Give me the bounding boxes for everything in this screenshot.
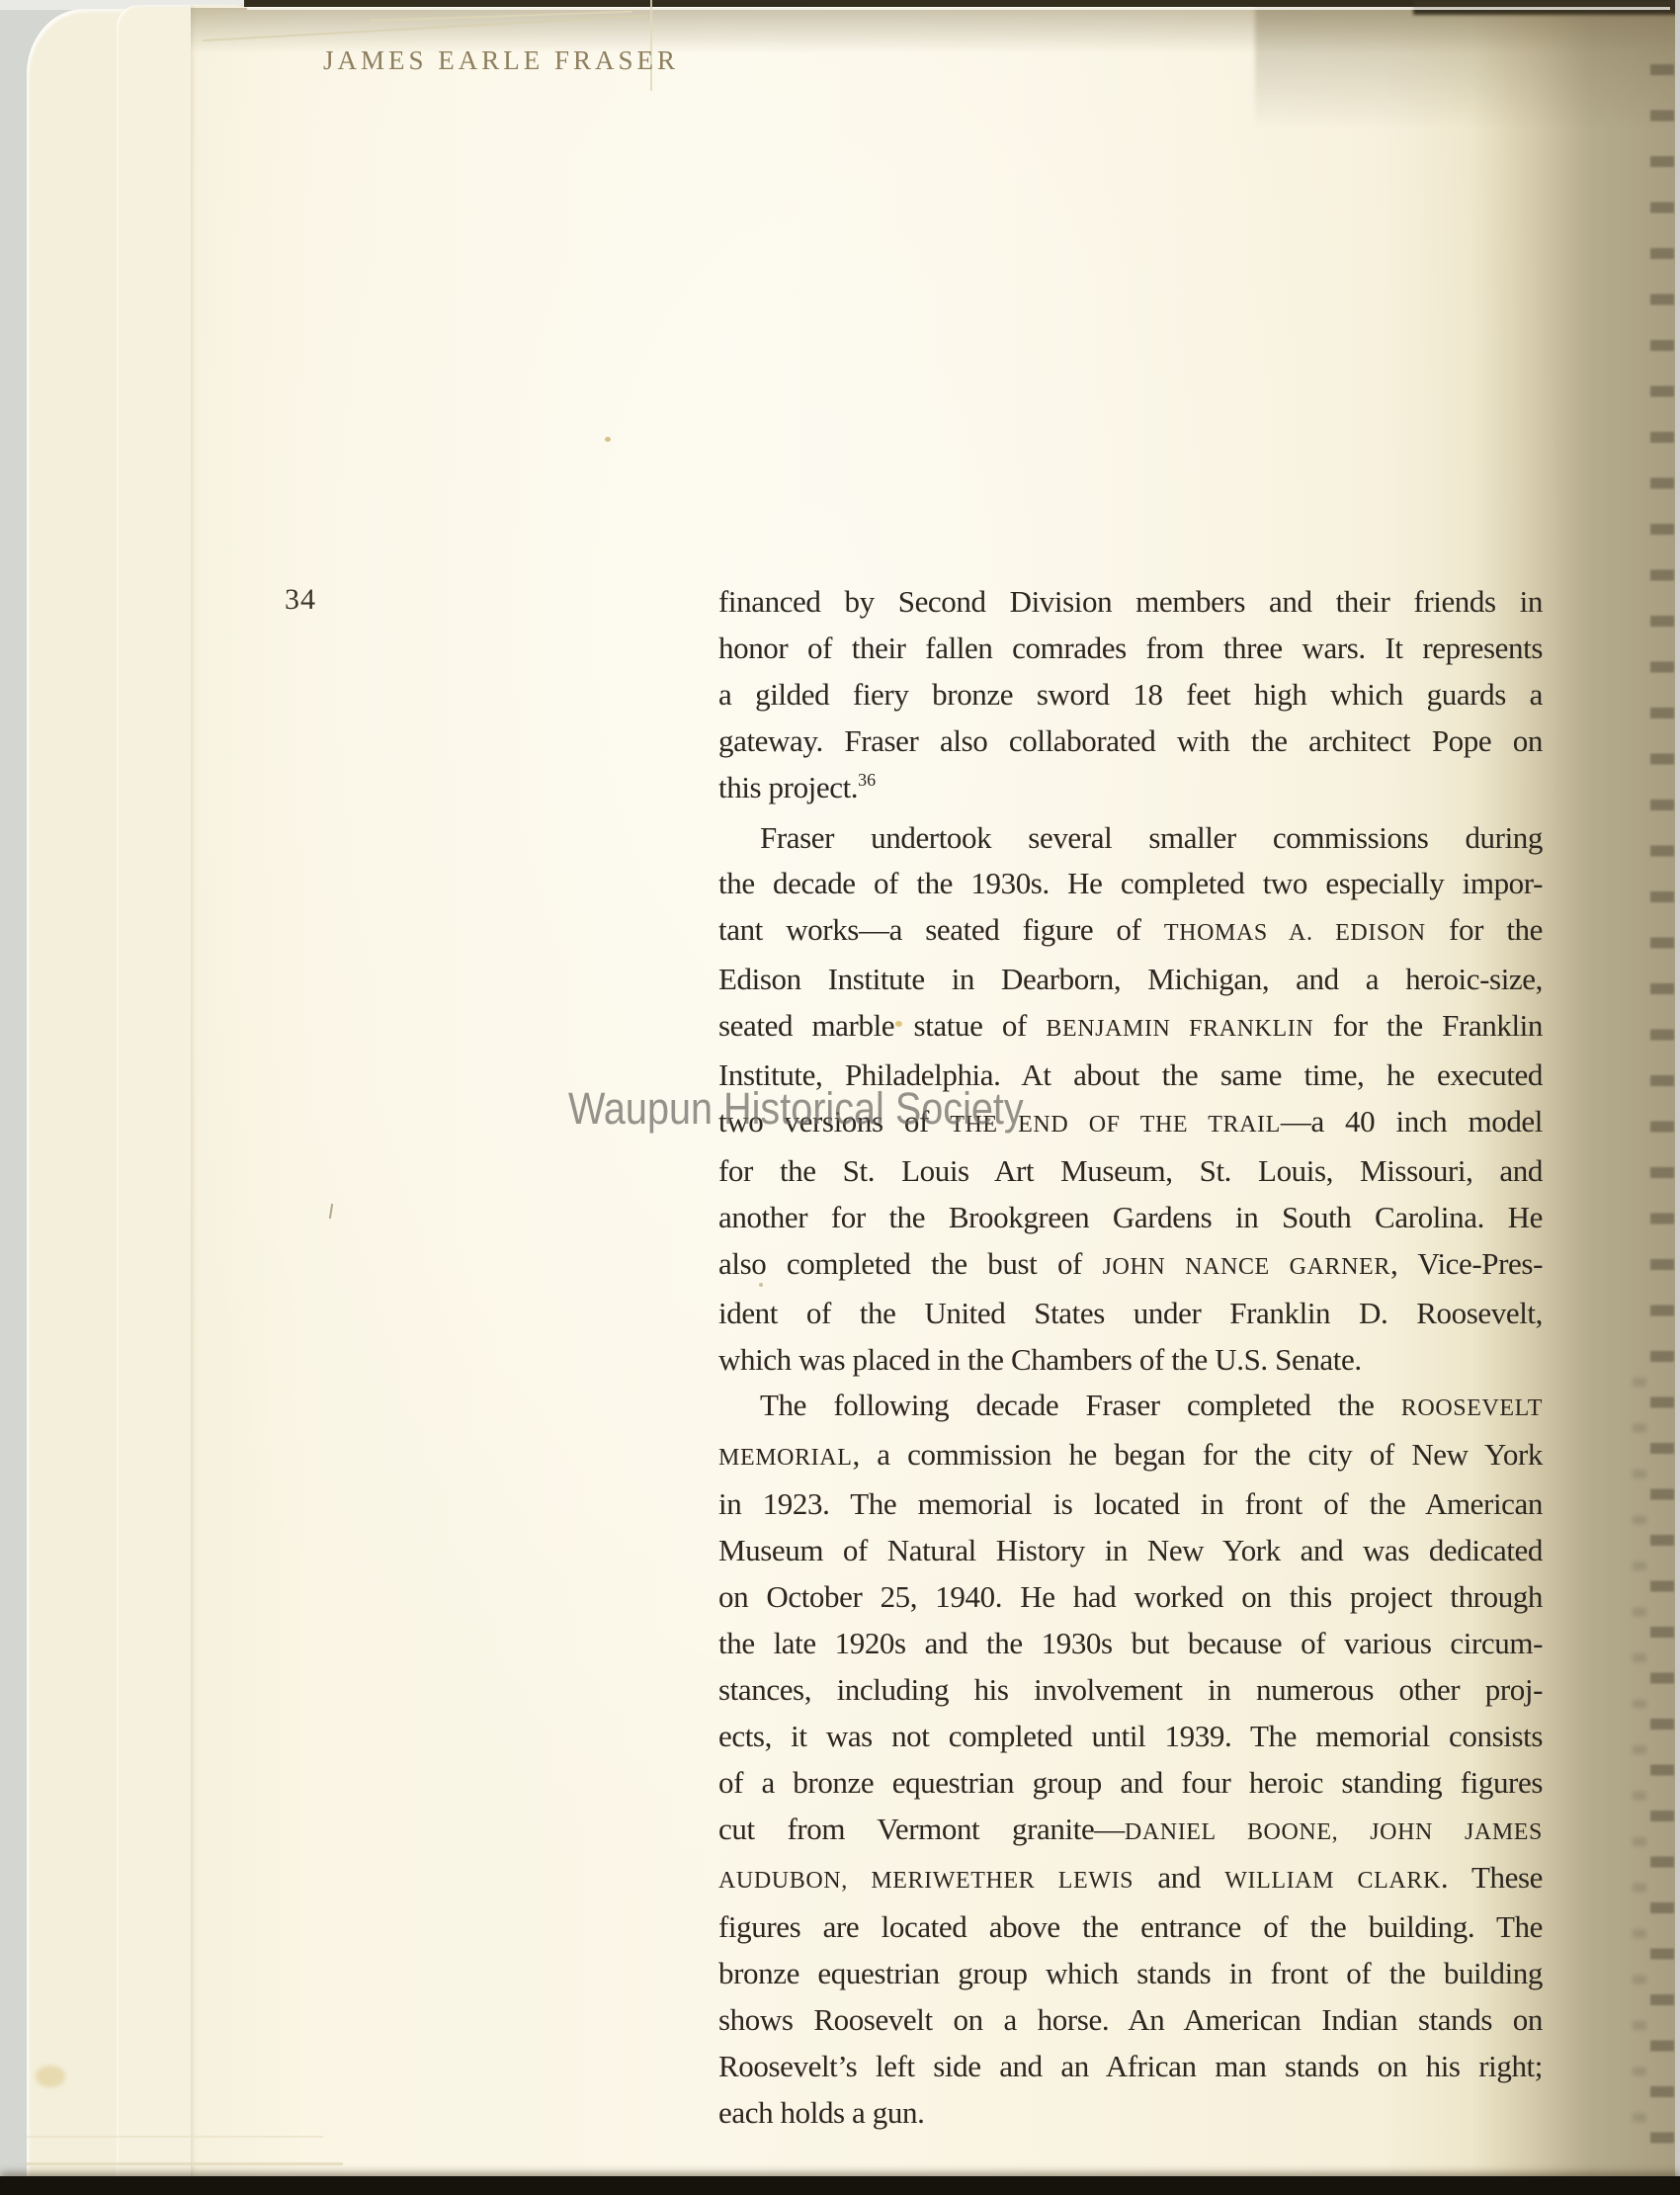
body-text: financed by Second Division members and … bbox=[718, 579, 1543, 2137]
page-number: 34 bbox=[285, 583, 316, 617]
body-line: Fraser undertook several smaller commiss… bbox=[718, 815, 1543, 862]
body-line: honor of their fallen comrades from thre… bbox=[718, 626, 1543, 672]
body-line: MEMORIAL, a commission he began for the … bbox=[718, 1432, 1543, 1481]
scanner-right-edge bbox=[1675, 0, 1680, 2195]
body-line: AUDUBON, MERIWETHER LEWIS and WILLIAM CL… bbox=[718, 1855, 1543, 1904]
running-header: JAMES EARLE FRASER bbox=[323, 45, 679, 76]
body-line: of a bronze equestrian group and four he… bbox=[718, 1760, 1543, 1807]
page-top-highlight bbox=[247, 7, 1670, 10]
body-line: Edison Institute in Dearborn, Michigan, … bbox=[718, 957, 1543, 1003]
body-line: tant works—a seated figure of THOMAS A. … bbox=[718, 907, 1543, 957]
body-line: gateway. Fraser also collaborated with t… bbox=[718, 718, 1543, 765]
body-line: in 1923. The memorial is located in fron… bbox=[718, 1481, 1543, 1528]
body-line: each holds a gun. bbox=[718, 2090, 1543, 2137]
page-stack-bottom-crease bbox=[27, 2162, 343, 2165]
body-line: shows Roosevelt on a horse. An American … bbox=[718, 1997, 1543, 2044]
body-line: Museum of Natural History in New York an… bbox=[718, 1528, 1543, 1574]
scan-bottom-edge bbox=[0, 2176, 1680, 2195]
body-line: this project.36 bbox=[718, 765, 1543, 815]
body-line: stances, including his involvement in nu… bbox=[718, 1667, 1543, 1714]
body-line: bronze equestrian group which stands in … bbox=[718, 1951, 1543, 1997]
body-line: another for the Brookgreen Gardens in So… bbox=[718, 1195, 1543, 1241]
page-top-right-shadow bbox=[1255, 0, 1680, 128]
body-line: financed by Second Division members and … bbox=[718, 579, 1543, 626]
scanned-book-page: JAMES EARLE FRASER 34 financed by Second… bbox=[0, 0, 1680, 2195]
fore-edge-print-marks bbox=[1633, 1364, 1646, 2154]
paper-stain bbox=[36, 2066, 65, 2087]
body-line: a gilded fiery bronze sword 18 feet high… bbox=[718, 672, 1543, 718]
body-line: which was placed in the Chambers of the … bbox=[718, 1337, 1543, 1384]
body-line: the decade of the 1930s. He completed tw… bbox=[718, 861, 1543, 907]
body-line: for the St. Louis Art Museum, St. Louis,… bbox=[718, 1148, 1543, 1195]
body-line: on October 25, 1940. He had worked on th… bbox=[718, 1574, 1543, 1621]
body-line: seated marble statue of BENJAMIN FRANKLI… bbox=[718, 1003, 1543, 1053]
paper-speck bbox=[605, 437, 611, 442]
body-line: ects, it was not completed until 1939. T… bbox=[718, 1714, 1543, 1760]
body-line: also completed the bust of JOHN NANCE GA… bbox=[718, 1241, 1543, 1291]
body-line: the late 1920s and the 1930s but because… bbox=[718, 1621, 1543, 1667]
body-line: The following decade Fraser completed th… bbox=[718, 1383, 1543, 1432]
body-line: ident of the United States under Frankli… bbox=[718, 1291, 1543, 1337]
body-line: Roosevelt’s left side and an African man… bbox=[718, 2044, 1543, 2090]
fore-edge-print-marks bbox=[1650, 55, 1674, 2170]
page-stack-bottom-crease bbox=[27, 2136, 323, 2138]
body-line: figures are located above the entrance o… bbox=[718, 1904, 1543, 1951]
watermark: Waupun Historical Society bbox=[568, 1083, 1024, 1135]
body-line: cut from Vermont granite—DANIEL BOONE, J… bbox=[718, 1807, 1543, 1856]
